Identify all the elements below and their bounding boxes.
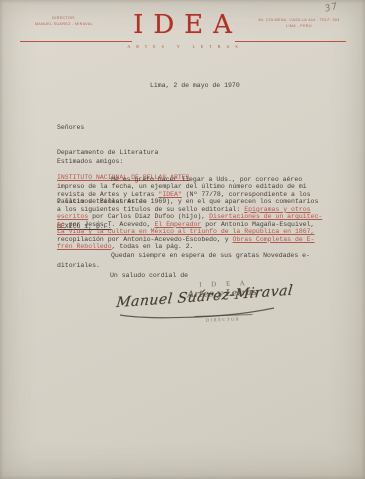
letter-scan: DIRECTOR: MANUEL SUAREZ - MIRAVAL IDEA A… xyxy=(0,0,365,479)
typed-segment: impreso de la fecha, un ejemplar del últ… xyxy=(57,183,307,190)
typed-segment-red: to xyxy=(57,221,65,228)
typed-segment: 2 últimos trimestres de 1969), y en el q… xyxy=(57,198,318,205)
closing-line: Un saludo cordial de xyxy=(110,272,188,279)
typed-line: frén Rebolledo, todas en la pág. 2. xyxy=(57,243,319,250)
typed-segment: Quedan siempre en espera de sus gratas N… xyxy=(111,252,310,259)
typed-line: a los siguientes títulos de su sello edi… xyxy=(57,206,319,213)
typed-segment: recopilación por Antonio-Acevedo-Escobed… xyxy=(57,236,233,243)
typed-segment-red: La vida y la cultura en México al triunf… xyxy=(57,228,314,235)
letterhead-rule-left xyxy=(20,41,132,42)
typed-segment-red: "IDEA" xyxy=(158,191,181,198)
letterhead-rule-right xyxy=(235,41,346,42)
recipient-line: Departamento de Literatura xyxy=(57,149,190,157)
typed-segment-red: frén Rebolledo xyxy=(57,243,112,250)
typed-line: Me es grato hacer llegar a Uds., por cor… xyxy=(57,176,319,183)
typed-line: La vida y la cultura en México al triunf… xyxy=(57,228,319,235)
letterhead-address-block: AV. COLMENA, CASILLA 444 - TELF. 304 LIM… xyxy=(250,17,348,30)
salutation: Estimados amigos: xyxy=(57,158,123,165)
typed-segment: (Nº 77/78, correspondiente a los xyxy=(182,191,311,198)
typed-segment: ditoriales. xyxy=(57,262,100,269)
typed-line: 2 últimos trimestres de 1969), y en el q… xyxy=(57,198,319,205)
body-paragraph: Me es grato hacer llegar a Uds., por cor… xyxy=(57,176,319,251)
typed-segment-red: escritos xyxy=(57,213,88,220)
typed-segment: por Antonio Magaña-Esquivel, xyxy=(201,221,314,228)
typed-segment: revista de Artes y Letras xyxy=(57,191,158,198)
typed-line: to por Jesús T. Acevedo, El Emperador po… xyxy=(57,221,319,228)
typed-segment: a los siguientes títulos de su sello edi… xyxy=(57,206,244,213)
brand-tagline: ARTES Y LETRAS xyxy=(0,44,365,49)
typed-segment-red: Disertaciones de un arquitec- xyxy=(209,213,322,220)
typed-line: revista de Artes y Letras "IDEA" (Nº 77/… xyxy=(57,191,319,198)
typed-line: Quedan siempre en espera de sus gratas N… xyxy=(57,251,319,261)
typed-line: impreso de la fecha, un ejemplar del últ… xyxy=(57,183,319,190)
typed-segment-red: Epigramas y otros xyxy=(244,206,310,213)
typed-line: escritos por Carlos Díaz Dufoo (hijo), D… xyxy=(57,213,319,220)
address-line2: LIMA - PERU xyxy=(250,23,348,29)
typed-line: recopilación por Antonio-Acevedo-Escobed… xyxy=(57,236,319,243)
typed-line: ditoriales. xyxy=(57,261,319,271)
typed-segment: Me es grato hacer llegar a Uds., por cor… xyxy=(111,176,302,183)
recipient-line: Señores xyxy=(57,124,190,132)
dateline: Lima, 2 de mayo de 1970 xyxy=(150,82,240,89)
typed-segment-red: Obras Completas de E- xyxy=(233,236,315,243)
signature-flourish xyxy=(117,305,277,319)
typed-segment: por Carlos Díaz Dufoo (hijo), xyxy=(88,213,209,220)
typed-segment-red: El Emperador xyxy=(155,221,202,228)
closing-paragraph: Quedan siempre en espera de sus gratas N… xyxy=(57,251,319,270)
typed-segment: por Jesús T. Acevedo, xyxy=(65,221,155,228)
typed-segment: , todas en la pág. 2. xyxy=(112,243,194,250)
